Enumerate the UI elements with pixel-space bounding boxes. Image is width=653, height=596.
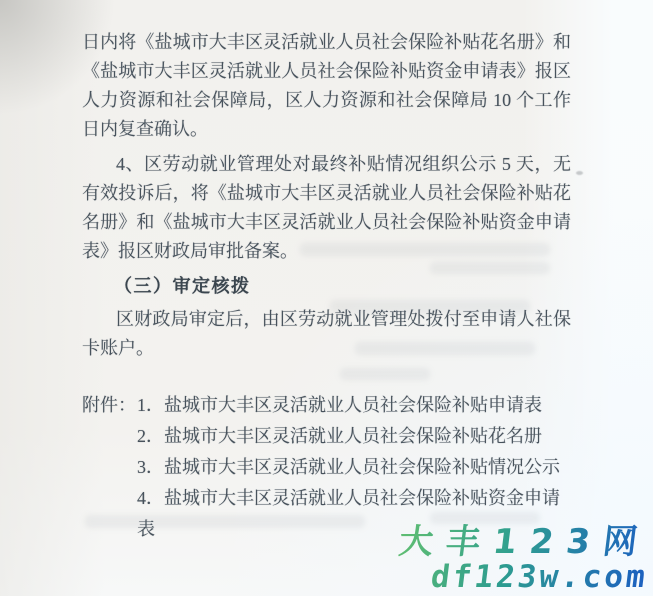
section-heading: （三）审定核拨 (82, 272, 571, 301)
bleed-through-mark (330, 300, 530, 313)
document-line: 人力资源和社会保障局，区人力资源和社会保障局 10 个工作 (82, 86, 571, 115)
bleed-through-mark (355, 342, 535, 355)
document-body: 日内将《盐城市大丰区灵活就业人员社会保险补贴花名册》和 《盐城市大丰区灵活就业人… (82, 28, 571, 545)
document-line: 《盐城市大丰区灵活就业人员社会保险补贴资金申请表》报区 (82, 57, 571, 86)
bleed-through-mark (430, 262, 550, 274)
attachment-item: 1．盐城市大丰区灵活就业人员社会保险补贴申请表 (137, 390, 571, 421)
scan-speck (576, 171, 583, 175)
document-line: 日内复查确认。 (82, 115, 571, 144)
attachment-item: 2．盐城市大丰区灵活就业人员社会保险补贴花名册 (137, 421, 571, 452)
watermark-site-url: df123w.com (393, 561, 653, 594)
document-line: 4、区劳动就业管理处对最终补贴情况组织公示 5 天，无 (82, 150, 571, 179)
bleed-through-mark (85, 515, 365, 528)
document-line: 日内将《盐城市大丰区灵活就业人员社会保险补贴花名册》和 (82, 28, 571, 57)
bleed-through-mark (300, 243, 550, 256)
bleed-through-mark (340, 368, 430, 380)
document-line: 名册》和《盐城市大丰区灵活就业人员社会保险补贴资金申请 (82, 208, 571, 237)
site-watermark: 大丰123网 df123w.com (393, 524, 653, 594)
watermark-site-name: 大丰123网 (397, 524, 653, 561)
scanned-document-page: 日内将《盐城市大丰区灵活就业人员社会保险补贴花名册》和 《盐城市大丰区灵活就业人… (0, 0, 653, 596)
attachment-item: 3．盐城市大丰区灵活就业人员社会保险补贴情况公示 (137, 452, 571, 483)
document-line: 有效投诉后，将《盐城市大丰区灵活就业人员社会保险补贴花 (82, 179, 571, 208)
